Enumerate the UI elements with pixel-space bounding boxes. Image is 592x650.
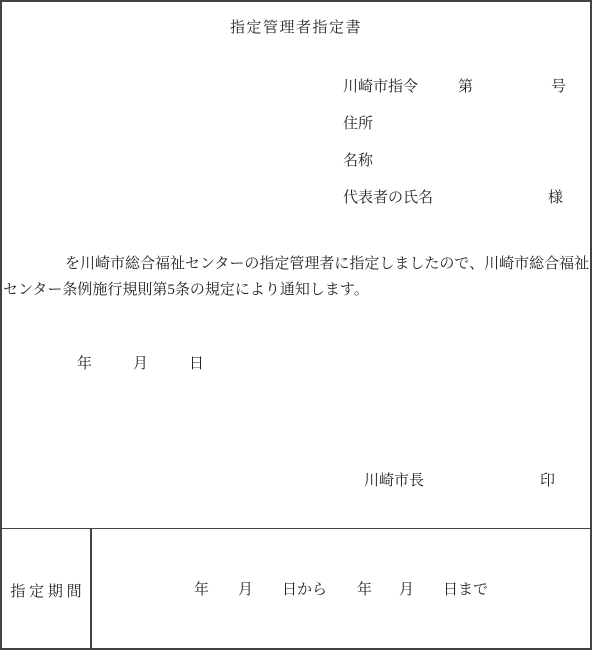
period-to-year: 年 [357, 583, 372, 598]
period-label-cell: 指 定 期 間 [2, 529, 92, 648]
representative-label: 代表者の氏名 [343, 191, 433, 206]
period-from-day: 日から [282, 583, 327, 598]
issue-day-label: 日 [189, 357, 204, 372]
honorific-sama: 様 [548, 191, 563, 206]
period-table: 指 定 期 間 年 月 日から 年 月 日まで [2, 528, 590, 648]
body-line-2: センター条例施行規則第5条の規定により通知します。 [3, 283, 369, 298]
name-label: 名称 [343, 154, 373, 169]
document-title: 指定管理者指定書 [2, 21, 590, 36]
period-to-month: 月 [399, 583, 414, 598]
seal-mark: 印 [540, 474, 555, 489]
directive-number-suffix: 号 [551, 80, 566, 95]
body-line-1: を川崎市総合福祉センターの指定管理者に指定しましたので、川崎市総合福祉 [3, 257, 589, 272]
directive-label: 川崎市指令 [343, 80, 418, 95]
address-label: 住所 [343, 117, 373, 132]
period-from-year: 年 [194, 583, 209, 598]
mayor-title: 川崎市長 [364, 474, 424, 489]
period-to-day: 日まで [443, 583, 488, 598]
period-from-month: 月 [238, 583, 253, 598]
issue-year-label: 年 [77, 357, 92, 372]
issue-month-label: 月 [133, 357, 148, 372]
period-value-cell: 年 月 日から 年 月 日まで [92, 529, 590, 648]
directive-number-prefix: 第 [458, 80, 473, 95]
designation-document-page: 指定管理者指定書 川崎市指令 第 号 住所 名称 代表者の氏名 様 を川崎市総合… [0, 0, 592, 650]
period-row-label: 指 定 期 間 [10, 580, 81, 601]
